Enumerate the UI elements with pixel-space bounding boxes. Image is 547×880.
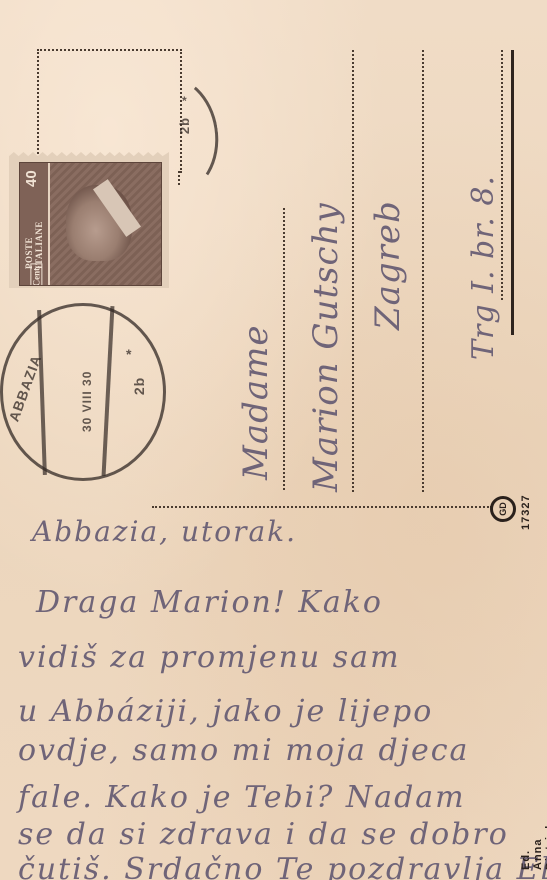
message-line: čutiš. Srdačno Te pozdravlja Elija [18,852,547,880]
postmark-star: * [126,346,132,362]
postmark-top-star: * [182,94,188,108]
postmark-top-number: 2b [177,117,192,134]
stamp-currency: Cent. [30,264,42,286]
address-line-3 [422,50,424,492]
address-street: Trg I. br. 8. [466,175,501,360]
message-dateline: Abbazia, utorak. [32,515,297,548]
postmark-number: 2b [131,377,147,395]
address-city: Zagreb [368,200,408,330]
address-line-1 [283,208,285,490]
address-salutation: Madame [236,325,276,480]
message-line: se da si zdrava i da se dobro [18,817,509,852]
message-line: Draga Marion! Kako [36,585,383,620]
publisher-logo-icon: GD [490,496,516,522]
address-line-4 [501,50,503,300]
address-line-2 [352,50,354,492]
postage-stamp: 40 POSTE ITALIANE Cent. [9,152,169,288]
publisher-logo-text: GD [498,502,508,516]
stamp-design: 40 POSTE ITALIANE Cent. [19,162,162,286]
stamp-country: POSTE ITALIANE [24,201,46,269]
message-line: vidiš za promjenu sam [18,640,401,675]
postmark-date: 30 VIII 30 [80,371,94,432]
message-line: fale. Kako je Tebi? Nadam [18,780,466,815]
stamp-value: 40 [23,170,40,187]
catalog-number: 17327 [520,494,532,530]
address-underline-solid [511,50,514,335]
address-recipient: Marion Gutschy [306,202,346,492]
message-line: u Abbáziji, jako je lijepo [18,694,433,729]
publisher-credit: Ed. Anna Dietrich - Abbazia [520,821,547,870]
stamp-side-panel: 40 POSTE ITALIANE Cent. [20,163,50,285]
message-line: ovdje, samo mi moja djeca [18,733,469,768]
divider-line [152,506,492,508]
